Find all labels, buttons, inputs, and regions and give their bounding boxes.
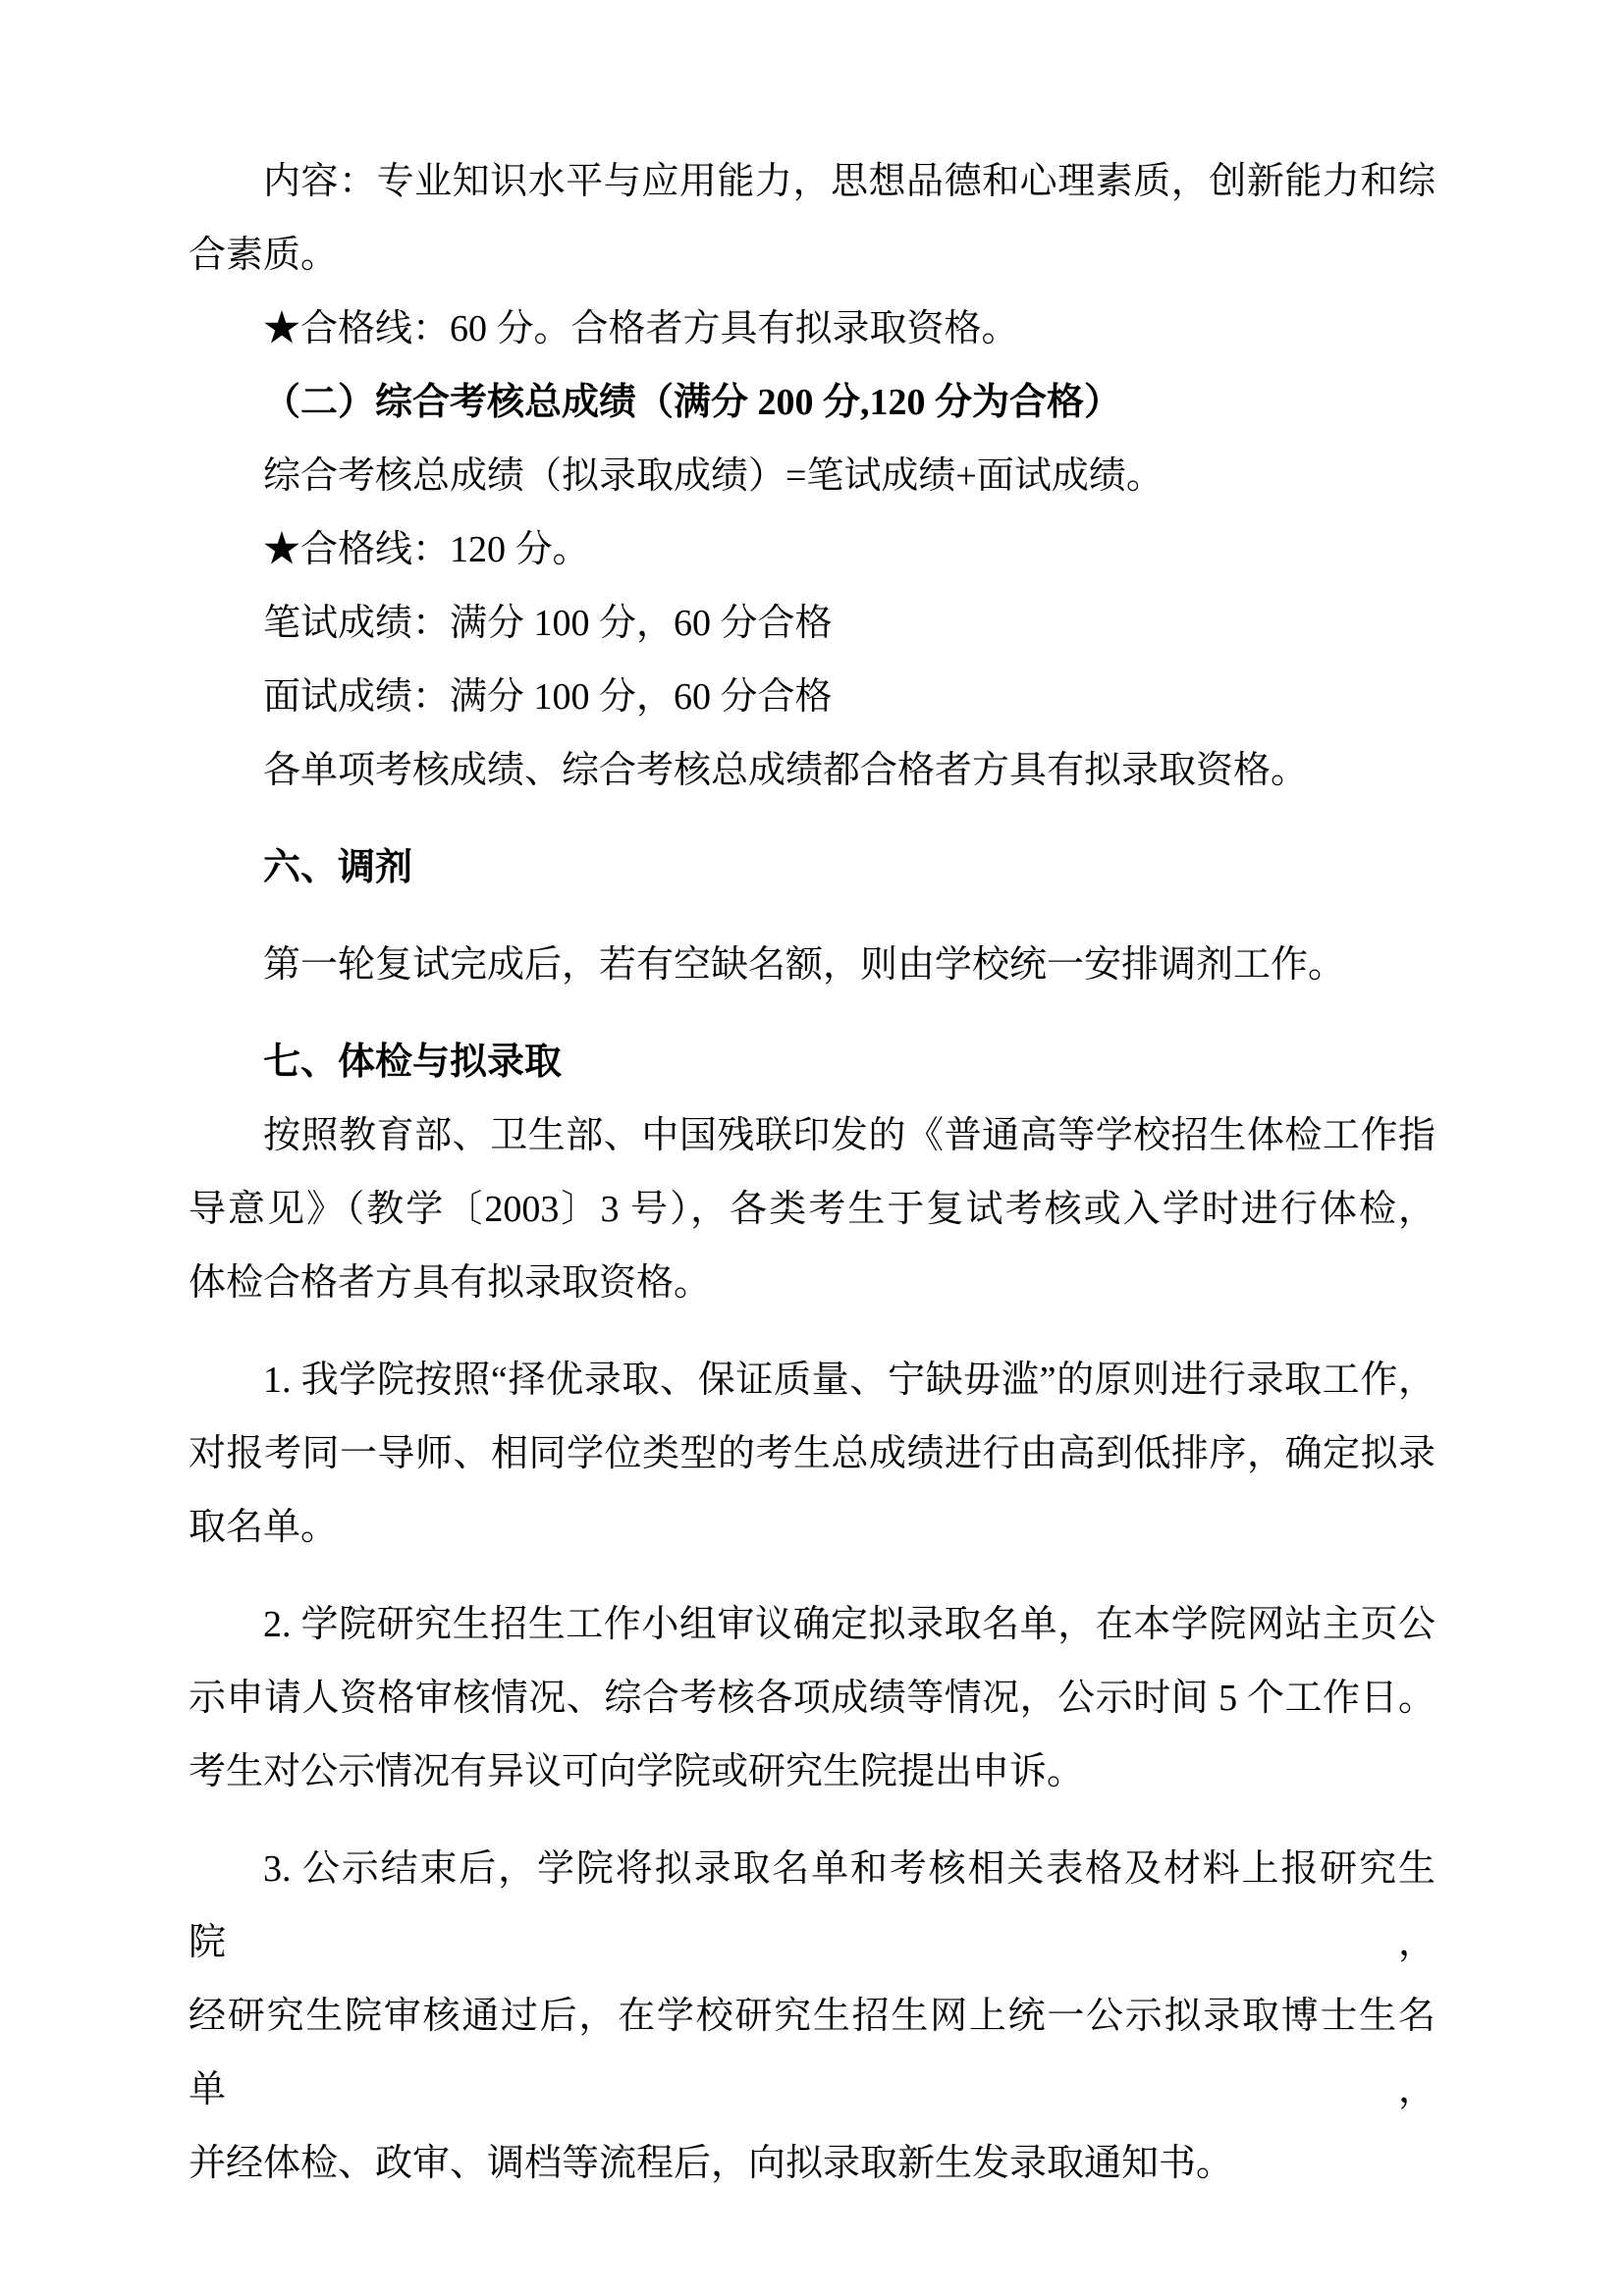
text-line: 合素质。 (189, 219, 1435, 293)
pass-line-120-paragraph: ★合格线：120 分。 (189, 513, 1435, 587)
text-line: 综合考核总成绩（拟录取成绩）=笔试成绩+面试成绩。 (189, 440, 1435, 513)
section-6-heading-paragraph: 六、调剂 (189, 831, 1435, 905)
admission-rule-1-paragraph: 1. 我学院按照“择优录取、保证质量、宁缺毋滥”的原则进行录取工作， 对报考同一… (189, 1344, 1435, 1565)
text-line: 考生对公示情况有异议可向学院或研究生院提出申诉。 (189, 1735, 1435, 1809)
section-7-heading-paragraph: 七、体检与拟录取 (189, 1026, 1435, 1099)
transfer-paragraph: 第一轮复试完成后，若有空缺名额，则由学校统一安排调剂工作。 (189, 929, 1435, 1002)
interview-score-rule-paragraph: 面试成绩：满分 100 分，60 分合格 (189, 661, 1435, 734)
content-scope-paragraph: 内容：专业知识水平与应用能力，思想品德和心理素质，创新能力和综 合素质。 (189, 145, 1435, 293)
pass-line: ★合格线：60 分。合格者方具有拟录取资格。 (189, 293, 1435, 366)
text-line: 2. 学院研究生招生工作小组审议确定拟录取名单，在本学院网站主页公 (189, 1588, 1435, 1662)
text-line: 1. 我学院按照“择优录取、保证质量、宁缺毋滥”的原则进行录取工作， (189, 1344, 1435, 1417)
text-line: 按照教育部、卫生部、中国残联印发的《普通高等学校招生体检工作指 (189, 1099, 1435, 1173)
text-line: 并经体检、政审、调档等流程后，向拟录取新生发录取通知书。 (189, 2127, 1435, 2201)
text-line: 示申请人资格审核情况、综合考核各项成绩等情况，公示时间 5 个工作日。 (189, 1662, 1435, 1735)
admission-rule-3-paragraph: 3. 公示结束后，学院将拟录取名单和考核相关表格及材料上报研究生院， 经研究生院… (189, 1833, 1435, 2201)
text-line: 第一轮复试完成后，若有空缺名额，则由学校统一安排调剂工作。 (189, 929, 1435, 1002)
pass-line: ★合格线：120 分。 (189, 513, 1435, 587)
text-line: 对报考同一导师、相同学位类型的考生总成绩进行由高到低排序，确定拟录 (189, 1417, 1435, 1491)
qualification-rule-paragraph: 各单项考核成绩、综合考核总成绩都合格者方具有拟录取资格。 (189, 734, 1435, 808)
physical-exam-paragraph: 按照教育部、卫生部、中国残联印发的《普通高等学校招生体检工作指 导意见》（教学〔… (189, 1099, 1435, 1320)
written-score-rule-paragraph: 笔试成绩：满分 100 分，60 分合格 (189, 587, 1435, 661)
subsection-heading: （二）综合考核总成绩（满分 200 分,120 分为合格） (189, 366, 1435, 440)
pass-line-60-paragraph: ★合格线：60 分。合格者方具有拟录取资格。 (189, 293, 1435, 366)
section-heading: 七、体检与拟录取 (189, 1026, 1435, 1099)
total-score-formula-paragraph: 综合考核总成绩（拟录取成绩）=笔试成绩+面试成绩。 (189, 440, 1435, 513)
text-line: 体检合格者方具有拟录取资格。 (189, 1247, 1435, 1320)
admission-rule-2-paragraph: 2. 学院研究生招生工作小组审议确定拟录取名单，在本学院网站主页公 示申请人资格… (189, 1588, 1435, 1809)
text-line: 各单项考核成绩、综合考核总成绩都合格者方具有拟录取资格。 (189, 734, 1435, 808)
text-line: 笔试成绩：满分 100 分，60 分合格 (189, 587, 1435, 661)
text-line: 导意见》（教学〔2003〕3 号），各类考生于复试考核或入学时进行体检， (189, 1173, 1435, 1247)
subheading-total-score: （二）综合考核总成绩（满分 200 分,120 分为合格） (189, 366, 1435, 440)
text-line: 3. 公示结束后，学院将拟录取名单和考核相关表格及材料上报研究生院， (189, 1833, 1435, 1980)
section-heading: 六、调剂 (189, 831, 1435, 905)
document-page: 内容：专业知识水平与应用能力，思想品德和心理素质，创新能力和综 合素质。 ★合格… (0, 0, 1624, 2296)
text-line: 取名单。 (189, 1491, 1435, 1565)
text-line: 经研究生院审核通过后，在学校研究生招生网上统一公示拟录取博士生名单， (189, 1980, 1435, 2127)
text-line: 内容：专业知识水平与应用能力，思想品德和心理素质，创新能力和综 (189, 145, 1435, 219)
text-line: 面试成绩：满分 100 分，60 分合格 (189, 661, 1435, 734)
